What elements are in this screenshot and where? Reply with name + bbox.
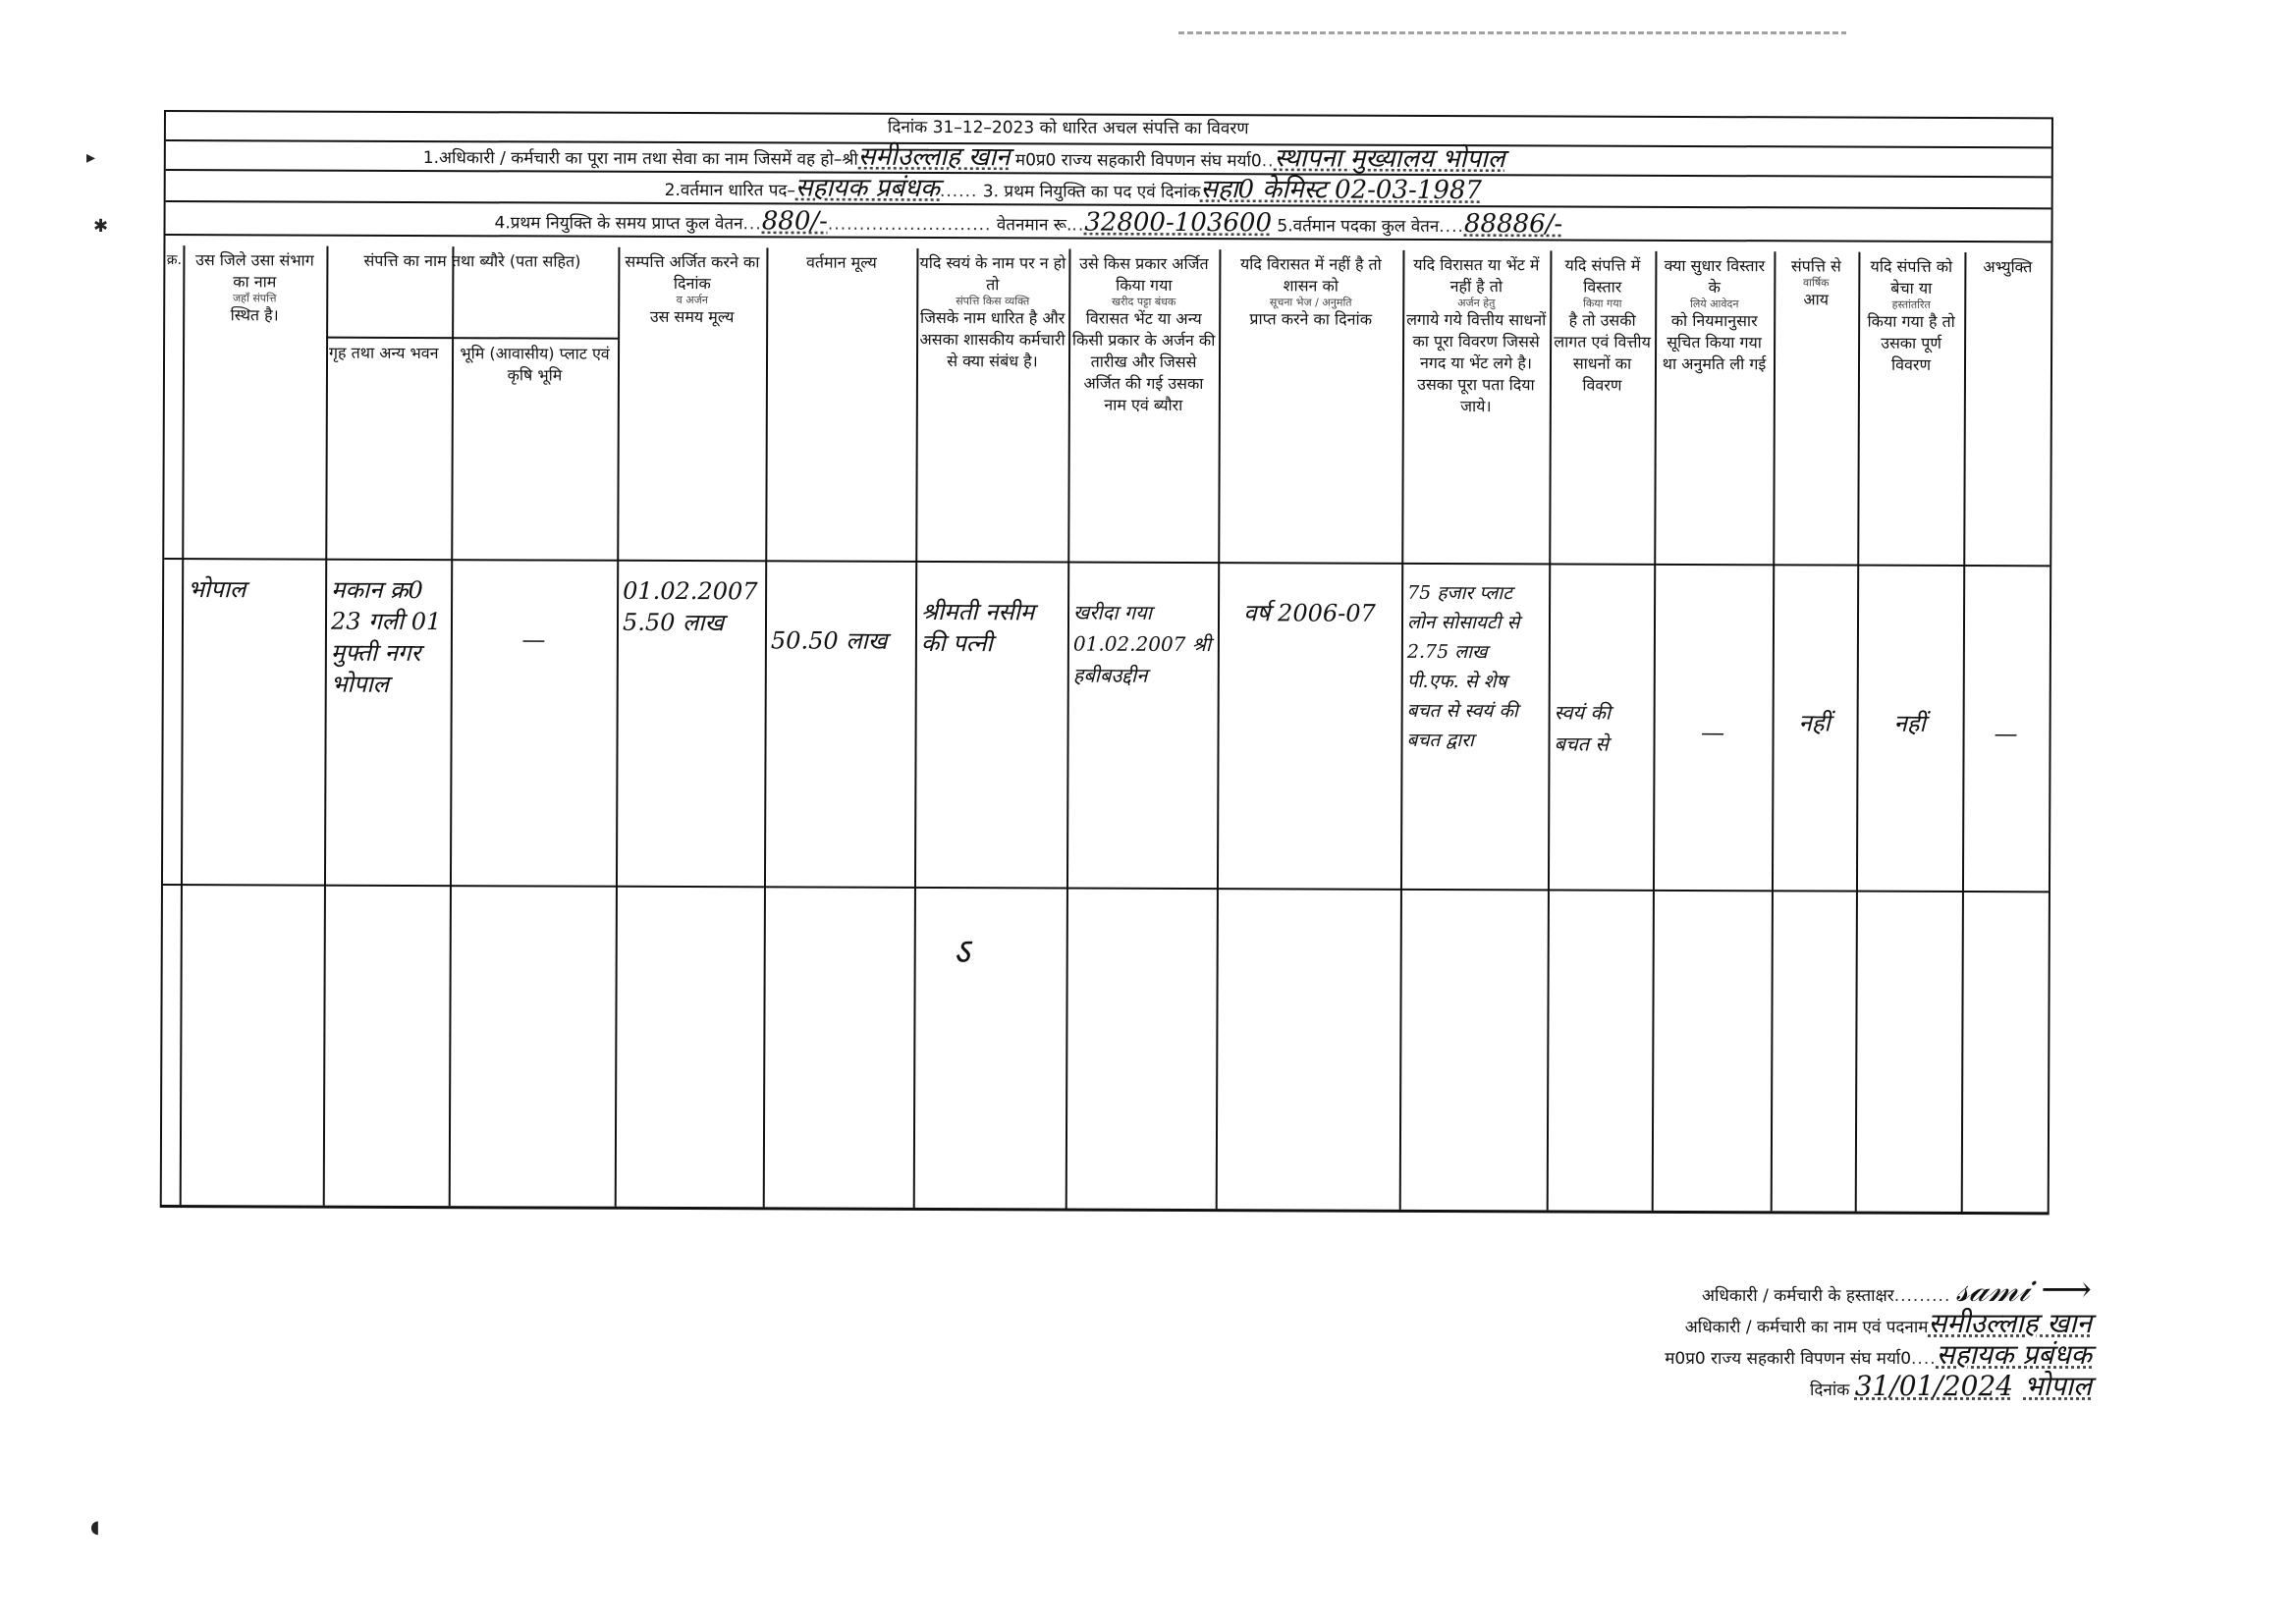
signature-line: अधिकारी / कर्मचारी के हस्ताक्षर.........… xyxy=(1542,1276,2092,1310)
field-2-label: 2.वर्तमान धारित पद xyxy=(665,181,788,200)
row-1-how-acquired: खरीदा गया 01.02.2007 श्री हबीबउद्दीन xyxy=(1067,593,1218,696)
payscale-label: वेतनमान रू. xyxy=(997,215,1072,235)
col-header-serial: क्र. xyxy=(165,245,183,275)
row-1-income: नहीं xyxy=(1773,703,1857,742)
punch-mark: ✱ xyxy=(93,216,108,237)
col-header-finance: यदि विरासत या भेंट में नहीं है तोअर्जन ह… xyxy=(1402,250,1551,422)
col-header-reform: क्या सुधार विस्तार केलिये आवेदनको नियमान… xyxy=(1655,251,1774,379)
property-return-form: दिनांक 31–12–2023 को धारित अचल संपत्ति क… xyxy=(160,110,2053,1215)
col-header-land: भूमि (आवासीय) प्लाट एवं कृषि भूमि xyxy=(452,339,618,391)
col-header-house: गृह तथा अन्य भवन xyxy=(326,339,452,368)
row-1-reform: — xyxy=(1654,713,1773,752)
col-header-district: उस जिले उसा संभाग का नामजहाँ संपत्तिस्थि… xyxy=(183,245,326,331)
signature-place: भोपाल xyxy=(2024,1370,2092,1402)
payscale-value: 32800-103600 xyxy=(1084,208,1272,239)
row-1-district: भोपाल xyxy=(182,569,325,610)
signature-scrawl: 𝓈𝒶𝓂𝒾 ⟶ xyxy=(1956,1270,2092,1310)
scan-artifact-line xyxy=(1178,31,1846,34)
field-2-value: सहायक प्रबंधक xyxy=(795,173,940,203)
org-line: म0प्र0 राज्य सहकारी विपणन संघ मर्या0....… xyxy=(1542,1341,2092,1373)
field-1-value: समीउल्लाह खान xyxy=(858,142,1011,173)
name-line: अधिकारी / कर्मचारी का नाम एवं पदनामसमीउल… xyxy=(1542,1310,2092,1341)
col-header-acquired: सम्पत्ति अर्जित करने का दिनांकव अर्जनउस … xyxy=(618,247,766,333)
row-1-current-value: 50.50 लाख xyxy=(765,621,915,661)
col-header-remarks: अभ्युक्ति xyxy=(1964,252,2050,282)
row-1-remarks: — xyxy=(1962,714,2049,753)
row-1-land: — xyxy=(451,620,617,660)
row-1-finance: 75 हजार प्लाट लोन सोसायटी से 2.75 लाख पी… xyxy=(1400,574,1549,760)
property-table: क्र. उस जिले उसा संभाग का नामजहाँ संपत्त… xyxy=(162,245,2051,1212)
punch-mark: ▸ xyxy=(86,147,95,168)
field-3-value: सहा0 केमिस्ट 02-03-1987 xyxy=(1200,175,1482,205)
stray-mark: ऽ xyxy=(954,926,970,974)
field-4-value: 880/- xyxy=(762,206,828,236)
field-5-value: 88886/- xyxy=(1464,209,1562,239)
col-header-current-value: वर्तमान मूल्य xyxy=(766,247,916,278)
col-header-income: संपत्ति सेवार्षिकआय xyxy=(1774,251,1858,314)
col-header-property: संपत्ति का नाम तथा ब्यौरे (पता सहित) xyxy=(326,246,618,277)
row-1-permission: वर्ष 2006-07 xyxy=(1218,593,1401,633)
field-4-label: 4.प्रथम नियुक्ति के समय प्राप्त कुल वेतन xyxy=(495,213,743,234)
field-1-org-value: स्थापना मुख्यालय भोपाल xyxy=(1274,143,1504,174)
field-row-4-5: 4.प्रथम नियुक्ति के समय प्राप्त कुल वेतन… xyxy=(166,200,2051,243)
signature-block: अधिकारी / कर्मचारी के हस्ताक्षर.........… xyxy=(1542,1276,2092,1404)
signature-date: 31/01/2024 xyxy=(1855,1370,2013,1402)
col-header-expansion: यदि संपत्ति में विस्तारकिया गयाहै तो उसक… xyxy=(1550,250,1656,400)
col-header-holder: यदि स्वयं के नाम पर न हो तोसंपत्ति किस व… xyxy=(916,248,1068,377)
field-5-label: 5.वर्तमान पदका कुल वेतन xyxy=(1277,216,1439,237)
row-1-acquired: 01.02.2007 5.50 लाख xyxy=(617,571,765,643)
row-1-house: मकान क्र0 23 गली 01 मुफ्ती नगर भोपाल xyxy=(325,570,452,704)
col-header-sold: यदि संपत्ति को बेचा याहस्तांतरितकिया गया… xyxy=(1858,252,1964,380)
col-header-permission: यदि विरासत में नहीं है तो शासन कोसूचना भ… xyxy=(1219,249,1402,335)
form-title: दिनांक 31–12–2023 को धारित अचल संपत्ति क… xyxy=(888,115,1249,141)
row-1-holder: श्रीमती नसीम की पत्नी xyxy=(915,592,1067,664)
col-header-how-acquired: उसे किस प्रकार अर्जित किया गयाखरीद पट्टा… xyxy=(1068,249,1220,421)
punch-mark: ◖ xyxy=(90,1517,99,1538)
field-1-label: 1.अधिकारी / कर्मचारी का पूरा नाम तथा सेव… xyxy=(423,148,858,170)
row-1-expansion: स्वयं की बचत से xyxy=(1548,692,1653,763)
field-1-org-label: म0प्र0 राज्य सहकारी विपणन संघ मर्या0 xyxy=(1015,150,1262,171)
row-1-sold: नहीं xyxy=(1857,704,1963,743)
field-3-label: 3. प्रथम नियुक्ति का पद एवं दिनांक xyxy=(983,182,1201,202)
date-line: दिनांक 31/01/2024 भोपाल xyxy=(1542,1373,2092,1404)
